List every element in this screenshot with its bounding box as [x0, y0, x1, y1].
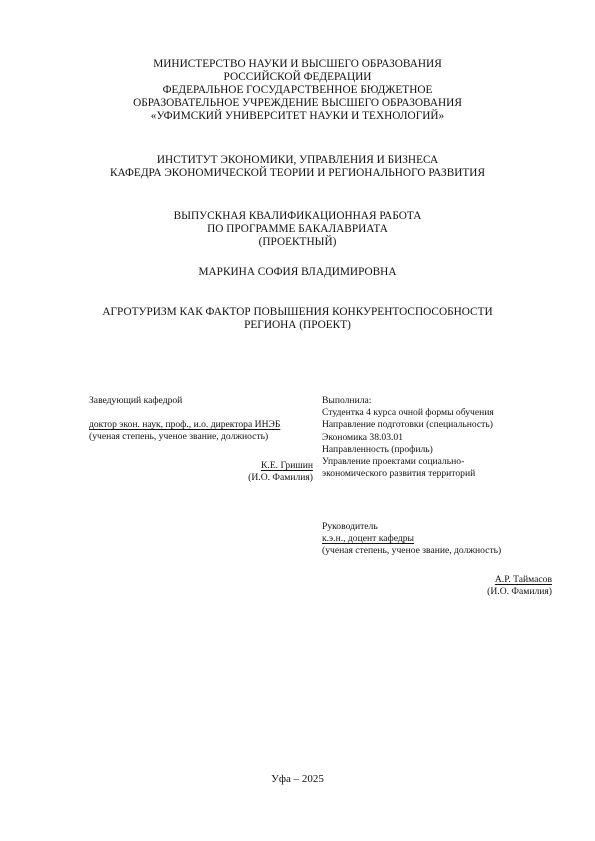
- title-page: МИНИСТЕРСТВО НАУКИ И ВЫСШЕГО ОБРАЗОВАНИЯ…: [0, 0, 595, 841]
- head-of-department-signature: К.Е. Гришин (И.О. Фамилия): [200, 460, 313, 484]
- student-line: Направление подготовки (специальность): [322, 419, 494, 431]
- student-line: экономического развития территорий: [322, 468, 494, 480]
- student-line: Направленность (профиль): [322, 444, 494, 456]
- student-info: Выполнила: Студентка 4 курса очной формы…: [322, 395, 494, 480]
- supervisor-degree: к.э.н., доцент кафедры: [322, 533, 501, 545]
- student-line: Студентка 4 курса очной формы обучения: [322, 407, 494, 419]
- university-name: «УФИМСКИЙ УНИВЕРСИТЕТ НАУКИ И ТЕХНОЛОГИЙ…: [0, 110, 595, 123]
- author-name: МАРКИНА СОФИЯ ВЛАДИМИРОВНА: [0, 266, 595, 279]
- supervisor-name-hint: (И.О. Фамилия): [420, 586, 552, 598]
- ministry-line: РОССИЙСКОЙ ФЕДЕРАЦИИ: [0, 71, 595, 84]
- student-line: Экономика 38.03.01: [322, 432, 494, 444]
- supervisor-degree-hint: (ученая степень, ученое звание, должност…: [322, 545, 501, 557]
- thesis-title-line: РЕГИОНА (ПРОЕКТ): [0, 319, 595, 332]
- head-of-department-degree-hint: (ученая степень, ученое звание, должност…: [89, 431, 268, 443]
- work-type-line: ПО ПРОГРАММЕ БАКАЛАВРИАТА: [0, 223, 595, 236]
- ministry-line: ОБРАЗОВАТЕЛЬНОЕ УЧРЕЖДЕНИЕ ВЫСШЕГО ОБРАЗ…: [0, 97, 595, 110]
- ministry-line: МИНИСТЕРСТВО НАУКИ И ВЫСШЕГО ОБРАЗОВАНИЯ: [0, 58, 595, 71]
- thesis-title-line: АГРОТУРИЗМ КАК ФАКТОР ПОВЫШЕНИЯ КОНКУРЕН…: [0, 306, 595, 319]
- institute-header: ИНСТИТУТ ЭКОНОМИКИ, УПРАВЛЕНИЯ И БИЗНЕСА…: [0, 154, 595, 180]
- student-line: Выполнила:: [322, 395, 494, 407]
- head-of-department-label: Заведующий кафедрой: [89, 395, 182, 407]
- supervisor-info: Руководитель к.э.н., доцент кафедры (уче…: [322, 521, 501, 558]
- thesis-title: АГРОТУРИЗМ КАК ФАКТОР ПОВЫШЕНИЯ КОНКУРЕН…: [0, 306, 595, 332]
- head-of-department-name-hint: (И.О. Фамилия): [200, 472, 313, 484]
- head-of-department-name: К.Е. Гришин: [200, 460, 313, 472]
- ministry-line: ФЕДЕРАЛЬНОЕ ГОСУДАРСТВЕННОЕ БЮДЖЕТНОЕ: [0, 84, 595, 97]
- institute-name: ИНСТИТУТ ЭКОНОМИКИ, УПРАВЛЕНИЯ И БИЗНЕСА: [0, 154, 595, 167]
- work-type-line: ВЫПУСКНАЯ КВАЛИФИКАЦИОННАЯ РАБОТА: [0, 210, 595, 223]
- supervisor-label: Руководитель: [322, 521, 501, 533]
- supervisor-name: А.Р. Таймасов: [420, 574, 552, 586]
- head-of-department-degree: доктор экон. наук, проф., и.о. директора…: [89, 419, 280, 431]
- supervisor-signature: А.Р. Таймасов (И.О. Фамилия): [420, 574, 552, 598]
- work-type-line: (ПРОЕКТНЫЙ): [0, 236, 595, 249]
- department-name: КАФЕДРА ЭКОНОМИЧЕСКОЙ ТЕОРИИ И РЕГИОНАЛЬ…: [0, 167, 595, 180]
- city-year: Уфа – 2025: [0, 773, 595, 786]
- ministry-header: МИНИСТЕРСТВО НАУКИ И ВЫСШЕГО ОБРАЗОВАНИЯ…: [0, 58, 595, 123]
- student-line: Управление проектами социально-: [322, 456, 494, 468]
- work-type: ВЫПУСКНАЯ КВАЛИФИКАЦИОННАЯ РАБОТА ПО ПРО…: [0, 210, 595, 249]
